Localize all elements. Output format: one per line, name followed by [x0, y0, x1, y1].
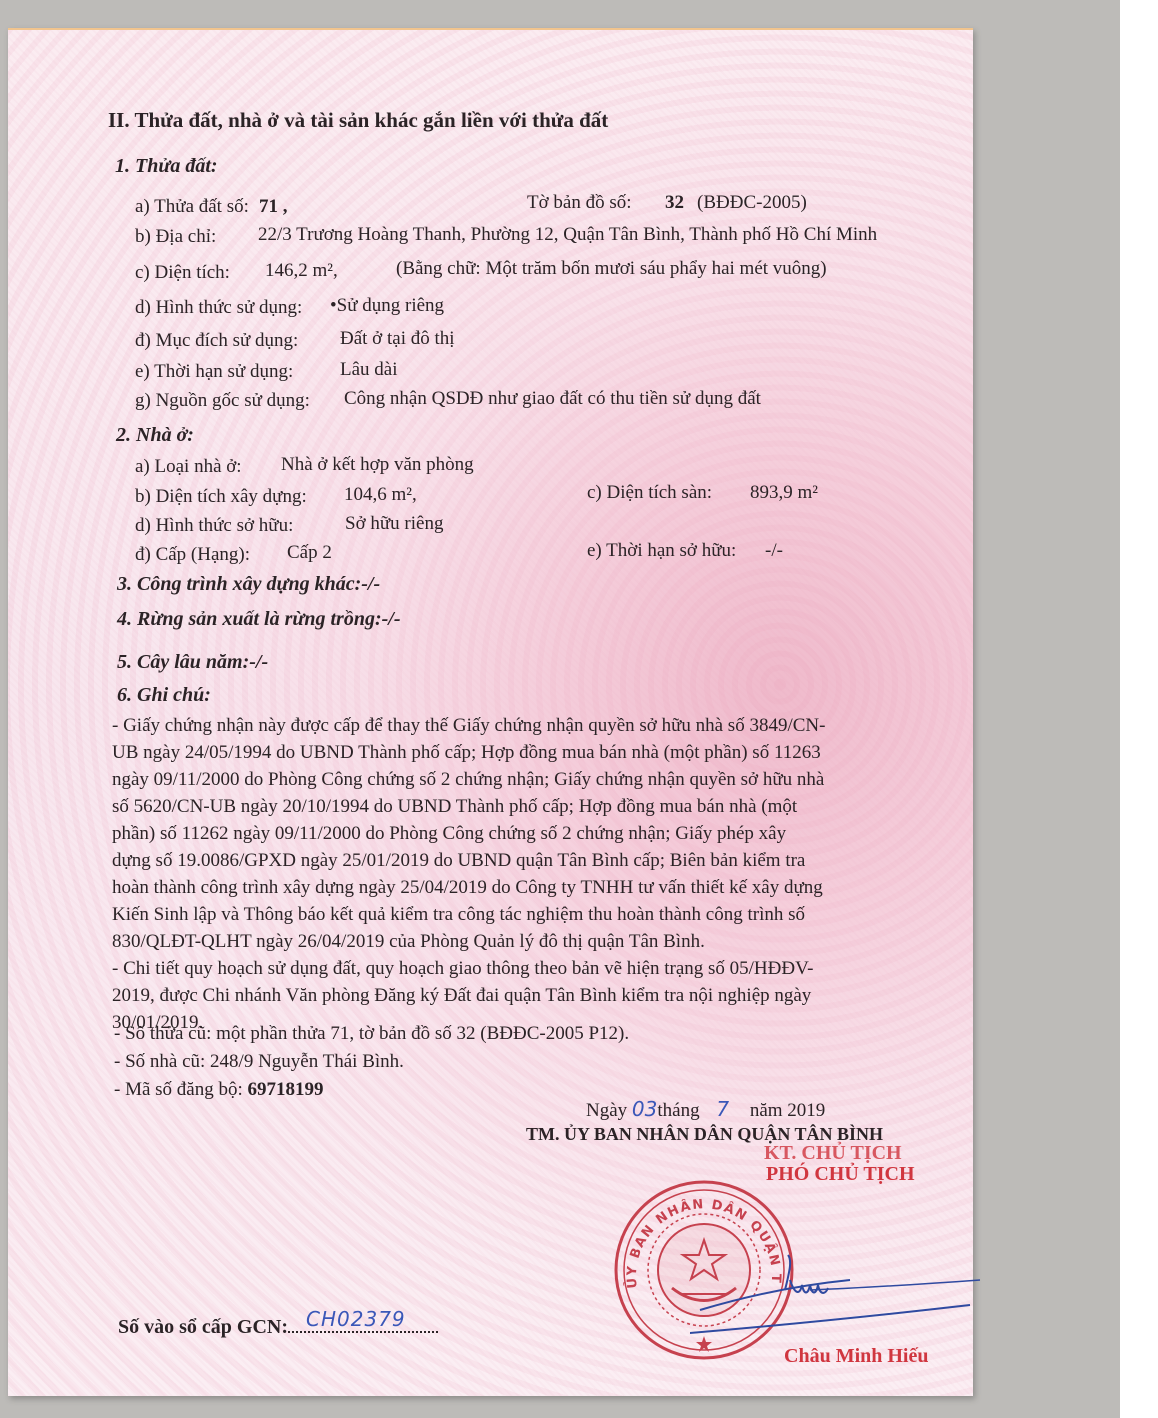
gcn-registry: Số vào sổ cấp GCN:CH02379: [118, 1313, 438, 1339]
ownership-label: d) Hình thức sở hữu:: [135, 515, 293, 537]
parcel-value: 71 ,: [259, 196, 288, 218]
date-month-label: tháng: [657, 1100, 699, 1121]
own-term-label: e) Thời hạn sở hữu:: [587, 540, 736, 562]
note-line: phần) số 11262 ngày 09/11/2000 do Phòng …: [112, 820, 932, 847]
purpose-label: đ) Mục đích sử dụng:: [135, 330, 298, 352]
origin-label: g) Nguồn gốc sử dụng:: [135, 390, 310, 412]
signer-name: Châu Minh Hiếu: [784, 1345, 928, 1368]
map-label: Tờ bản đồ số:: [527, 192, 632, 214]
date-year: năm 2019: [750, 1100, 825, 1121]
date-day-handwritten: 03: [632, 1097, 657, 1121]
area-label: c) Diện tích:: [135, 262, 230, 284]
note-line: - Giấy chứng nhận này được cấp để thay t…: [112, 712, 932, 739]
area-words: (Bằng chữ: Một trăm bốn mươi sáu phẩy ha…: [396, 258, 827, 280]
note-line: UB ngày 24/05/1994 do UBND Thành phố cấp…: [112, 739, 932, 766]
floor-area-value: 893,9 m²: [750, 482, 818, 504]
usage-form-value: •Sử dụng riêng: [330, 295, 444, 317]
issue-date: Ngày 03tháng 7 năm 2019: [586, 1097, 825, 1122]
note-line: 830/QLĐT-QLHT ngày 26/04/2019 của Phòng …: [112, 928, 932, 955]
note-line: - Chi tiết quy hoạch sử dụng đất, quy ho…: [112, 955, 932, 982]
note-registry-code: - Mã số đăng bộ: 69718199: [114, 1079, 324, 1101]
note-line: hoàn thành công trình xây dựng ngày 25/0…: [112, 874, 932, 901]
purpose-value: Đất ở tại đô thị: [340, 328, 455, 350]
build-area-value: 104,6 m²,: [344, 484, 417, 506]
paper-edge: [8, 28, 973, 30]
address-value: 22/3 Trương Hoàng Thanh, Phường 12, Quận…: [258, 224, 877, 246]
usage-form-label: d) Hình thức sử dụng:: [135, 297, 302, 319]
house-type-label: a) Loại nhà ở:: [135, 456, 242, 478]
floor-area-label: c) Diện tích sàn:: [587, 482, 712, 504]
note-old-parcel: - Số thửa cũ: một phần thửa 71, tờ bản đ…: [114, 1023, 629, 1045]
gcn-registry-value: CH02379: [306, 1307, 406, 1331]
section-2-title: 2. Nhà ở:: [116, 424, 194, 447]
area-value: 146,2 m²,: [265, 260, 338, 282]
date-prefix: Ngày: [586, 1100, 627, 1121]
term-value: Lâu dài: [340, 359, 398, 381]
origin-value: Công nhận QSDĐ như giao đất có thu tiền …: [344, 388, 761, 410]
term-label: e) Thời hạn sử dụng:: [135, 361, 293, 383]
section-5-title: 5. Cây lâu năm:-/-: [117, 651, 268, 674]
page-heading: II. Thửa đất, nhà ở và tài sản khác gắn …: [108, 108, 608, 133]
registry-code-label: - Mã số đăng bộ:: [114, 1079, 243, 1100]
note-paragraph-1: - Giấy chứng nhận này được cấp để thay t…: [112, 712, 932, 955]
note-line: Kiến Sinh lập và Thông báo kết quả kiểm …: [112, 901, 932, 928]
note-line: số 5620/CN-UB ngày 20/10/1994 do UBND Th…: [112, 793, 932, 820]
signer-role-1: KT. CHỦ TỊCH: [764, 1142, 902, 1165]
map-note: (BĐĐC-2005): [697, 192, 807, 214]
handwritten-signature-icon: [690, 1250, 990, 1340]
section-1-title: 1. Thửa đất:: [115, 155, 218, 178]
map-value: 32: [665, 192, 684, 214]
grade-label: đ) Cấp (Hạng):: [135, 544, 250, 566]
section-6-title: 6. Ghi chú:: [117, 684, 211, 707]
note-line: dựng số 19.0086/GPXD ngày 25/01/2019 do …: [112, 847, 932, 874]
note-old-house-number: - Số nhà cũ: 248/9 Nguyễn Thái Bình.: [114, 1051, 404, 1073]
date-month-handwritten: 7: [716, 1097, 729, 1121]
gcn-registry-field: CH02379: [288, 1313, 438, 1333]
note-line: ngày 09/11/2000 do Phòng Công chứng số 2…: [112, 766, 932, 793]
section-3-title: 3. Công trình xây dựng khác:-/-: [117, 573, 380, 596]
parcel-label: a) Thửa đất số:: [135, 196, 249, 218]
own-term-value: -/-: [765, 540, 783, 562]
registry-code-value: 69718199: [248, 1079, 324, 1100]
address-label: b) Địa chỉ:: [135, 226, 216, 248]
section-4-title: 4. Rừng sản xuất là rừng trồng:-/-: [117, 608, 400, 631]
house-type-value: Nhà ở kết hợp văn phòng: [281, 454, 474, 476]
ownership-value: Sở hữu riêng: [345, 513, 443, 535]
note-line: 2019, được Chi nhánh Văn phòng Đăng ký Đ…: [112, 982, 932, 1009]
build-area-label: b) Diện tích xây dựng:: [135, 486, 307, 508]
grade-value: Cấp 2: [287, 542, 332, 564]
gcn-registry-label: Số vào sổ cấp GCN:: [118, 1316, 288, 1338]
